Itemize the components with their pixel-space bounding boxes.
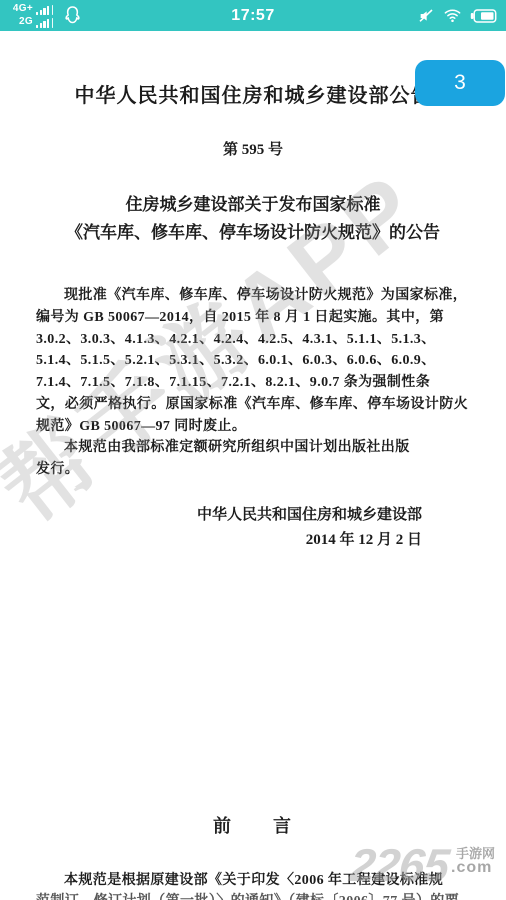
wifi-icon [443,8,462,23]
document-number: 第 595 号 [0,138,506,159]
status-right [417,8,497,24]
battery-icon [470,9,497,23]
status-bar: 4G+ 2G 17:57 [0,0,506,31]
paragraph-2: 本规范由我部标准定额研究所组织中国计划出版社出版 发行。 [36,437,476,481]
page-number-badge[interactable]: 3 [415,60,505,106]
body-line: 发行。 [36,459,476,481]
paragraph-1: 现批准《汽车库、修车库、停车场设计防火规范》为国家标准， 编号为 GB 5006… [36,285,476,438]
body-line: 7.1.4、7.1.5、7.1.8、7.1.15、7.2.1、8.2.1、9.0… [36,372,476,394]
dual-sim-signal: 4G+ 2G [9,3,53,28]
qq-notification-icon [63,5,82,26]
clipped-next-line: 范制订、修订计划（第一批）〉的通知》（建标〔2006〕77 号）的要 [36,892,476,900]
subtitle-line: 住房城乡建设部关于发布国家标准 [0,191,506,219]
body-line: 5.1.4、5.1.5、5.2.1、5.3.1、5.3.2、6.0.1、6.0.… [36,350,476,372]
body-line: 文，必须严格执行。原国家标准《汽车库、修车库、停车场设计防火 [36,394,476,416]
preface-paragraph: 本规范是根据原建设部《关于印发〈2006 年工程建设标准规 [36,870,476,892]
sim1-signal-bars-icon [36,5,53,15]
sim2-signal-bars-icon [36,18,53,28]
subtitle-line: 《汽车库、修车库、停车场设计防火规范》的公告 [0,219,506,247]
issue-date: 2014 年 12 月 2 日 [197,528,422,553]
sim2-network-label: 2G [9,16,33,28]
sim1-row: 4G+ [9,3,53,15]
body-line: 编号为 GB 50067—2014，自 2015 年 8 月 1 日起实施。其中… [36,307,476,329]
issuing-authority: 中华人民共和国住房和城乡建设部 [197,503,422,528]
preface-heading: 前 言 [0,812,506,838]
document-subtitle: 住房城乡建设部关于发布国家标准 《汽车库、修车库、停车场设计防火规范》的公告 [0,191,506,247]
mute-icon [417,8,435,24]
clock: 17:57 [231,7,274,25]
body-line: 本规范由我部标准定额研究所组织中国计划出版社出版 [36,437,476,459]
phone-screen: 4G+ 2G 17:57 [0,0,506,900]
document-scroll-area[interactable]: 中华人民共和国住房和城乡建设部公告 第 595 号 住房城乡建设部关于发布国家标… [0,31,506,900]
body-line: 现批准《汽车库、修车库、停车场设计防火规范》为国家标准， [36,285,476,307]
sim1-network-label: 4G+ [9,3,33,15]
body-line: 3.0.2、3.0.3、4.1.3、4.2.1、4.2.4、4.2.5、4.3.… [36,329,476,351]
page-number: 3 [454,71,466,95]
status-left: 4G+ 2G [9,3,82,28]
signature-block: 中华人民共和国住房和城乡建设部 2014 年 12 月 2 日 [197,503,422,553]
sim2-row: 2G [9,16,53,28]
body-line: 规范》GB 50067—97 同时废止。 [36,416,476,438]
